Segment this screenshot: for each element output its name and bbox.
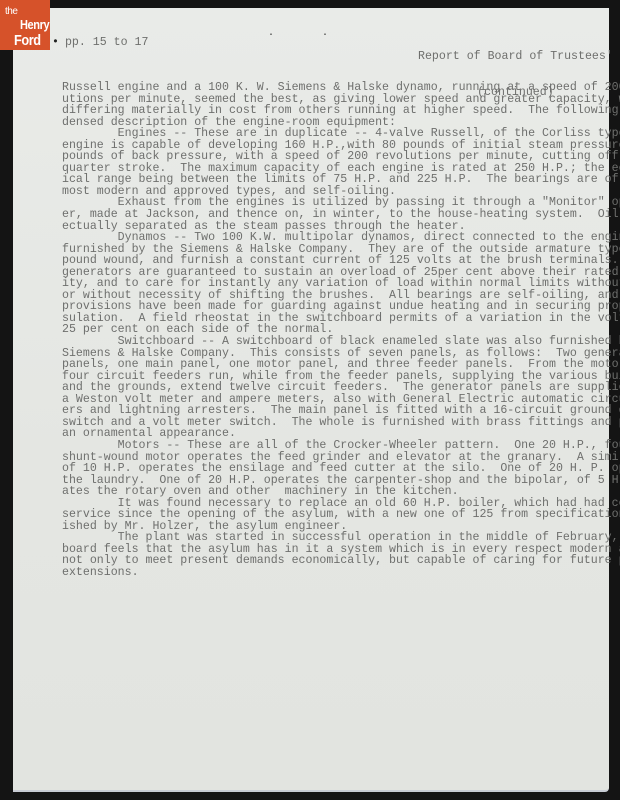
text-line: panels, one main panel, one motor panel,…	[62, 359, 620, 371]
text-line: extensions.	[62, 567, 620, 579]
bullet-mark: •	[52, 36, 59, 49]
text-line: Dynamos -- Two 100 K.W. multipolar dynam…	[62, 232, 620, 244]
text-line: Motors -- These are all of the Crocker-W…	[62, 440, 620, 452]
text-line: Engines -- These are in duplicate -- 4-v…	[62, 128, 620, 140]
page-range: •pp. 15 to 17	[52, 37, 148, 49]
henry-ford-logo: the Henry Ford	[0, 0, 50, 50]
logo-the: the	[5, 6, 17, 17]
text-line: of 10 H.P. operates the ensilage and fee…	[62, 463, 620, 475]
page-range-text: pp. 15 to 17	[65, 36, 149, 49]
logo-ford: Ford	[14, 32, 41, 49]
text-line: differing materially in cost from others…	[62, 105, 620, 117]
stray-marks: · ·	[268, 30, 328, 42]
report-title: Report of Board of Trustees'	[418, 51, 613, 63]
text-line: Switchboard -- A switchboard of black en…	[62, 336, 620, 348]
body-text: Russell engine and a 100 K. W. Siemens &…	[62, 82, 620, 579]
text-line: er, made at Jackson, and thence on, in w…	[62, 209, 620, 221]
text-line: Russell engine and a 100 K. W. Siemens &…	[62, 82, 620, 94]
logo-henry: Henry	[20, 17, 49, 32]
text-line: ates the rotary oven and other machinery…	[62, 486, 620, 498]
text-line: not only to meet present demands economi…	[62, 555, 620, 567]
